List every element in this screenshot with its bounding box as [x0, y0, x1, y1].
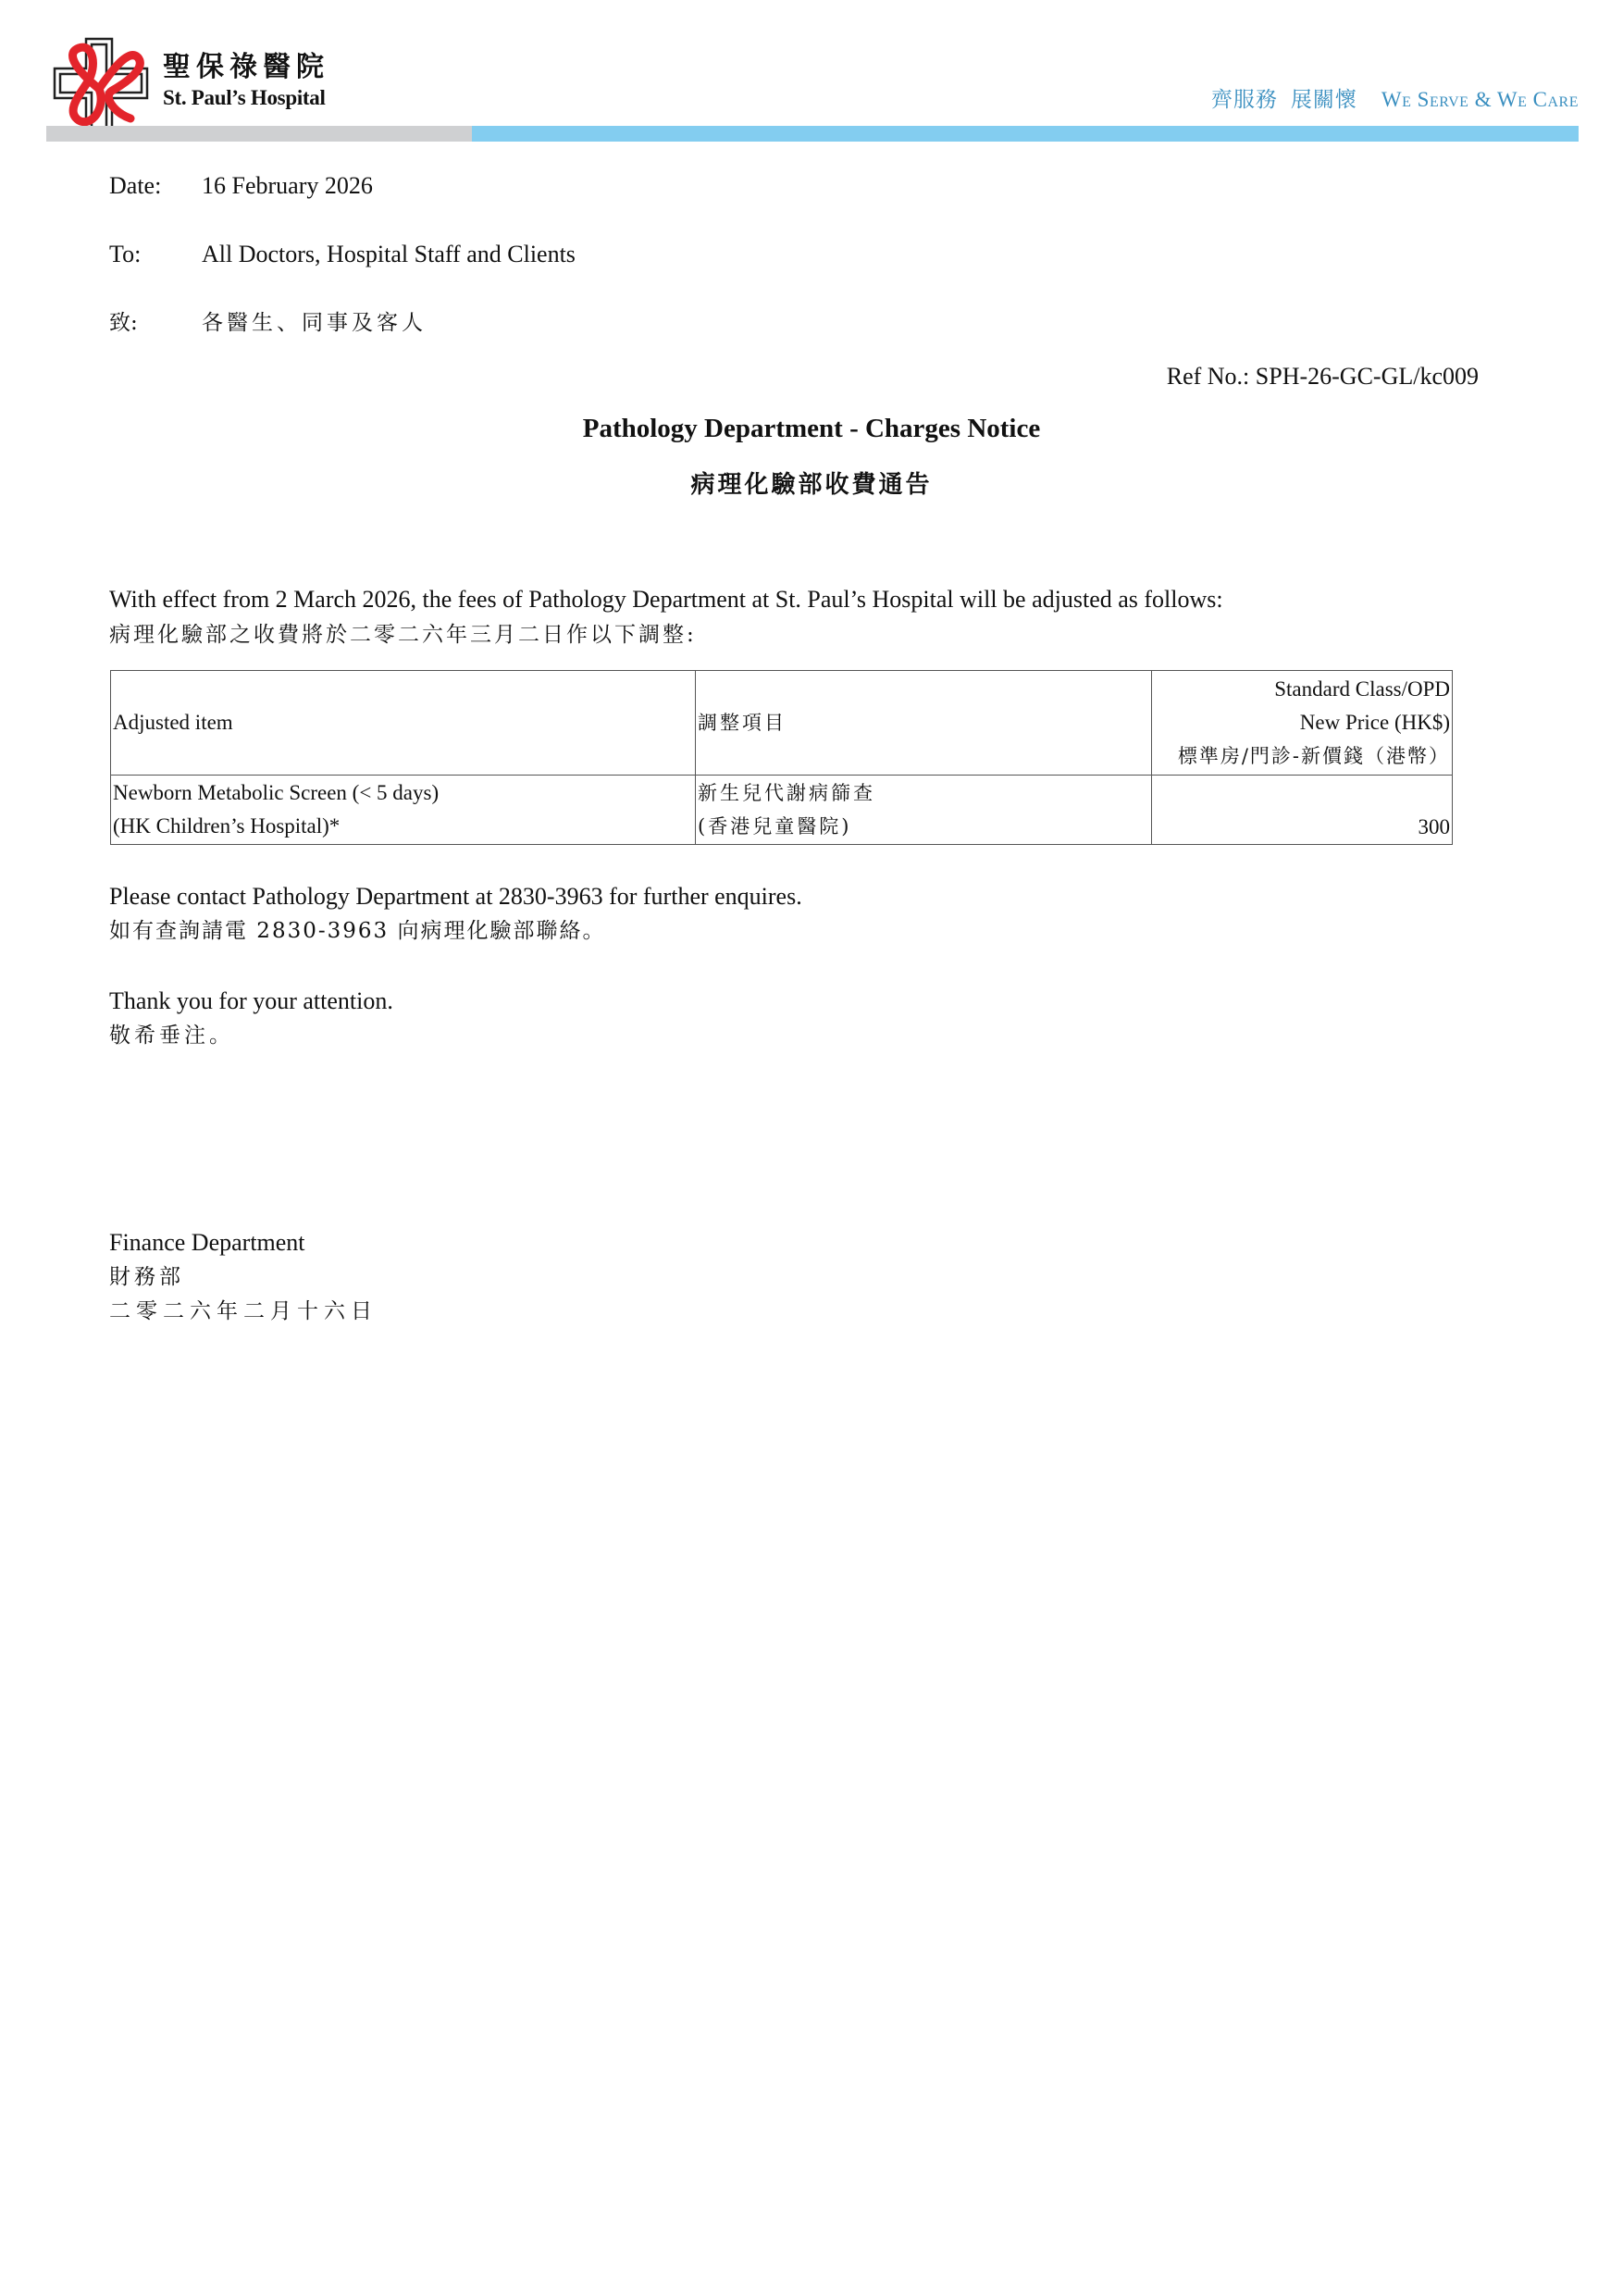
item-name-zh-line1: 新生兒代謝病篩查 [698, 776, 1149, 810]
item-name-en-line2: (HK Children’s Hospital)* [113, 810, 693, 843]
table-row: Newborn Metabolic Screen (< 5 days) (HK … [111, 776, 1453, 845]
tagline-zh-2: 展關懷 [1291, 88, 1357, 112]
to-label: To: [109, 241, 141, 268]
date-label: Date: [109, 172, 161, 200]
header-bar-gray [46, 126, 472, 142]
header-price-line1: Standard Class/OPD [1154, 673, 1450, 706]
contact-text-zh: 如有查詢請電 2830-3963 向病理化驗部聯絡。 [109, 917, 605, 945]
item-name-en-line1: Newborn Metabolic Screen (< 5 days) [113, 776, 693, 810]
tagline-en: We Serve & We Care [1381, 88, 1579, 111]
header-new-price: Standard Class/OPD New Price (HK$) 標準房/門… [1152, 671, 1453, 776]
header-adjusted-item-zh: 調整項目 [696, 671, 1152, 776]
item-name-en: Newborn Metabolic Screen (< 5 days) (HK … [111, 776, 696, 845]
item-name-zh-line2: (香港兒童醫院) [698, 810, 1149, 843]
header-bar-blue [472, 126, 1579, 142]
page-title-zh: 病理化驗部收費通告 [0, 465, 1623, 500]
date-value: 16 February 2026 [202, 172, 373, 200]
tagline: 齊服務展關懷We Serve & We Care [1211, 89, 1579, 111]
tagline-zh-1: 齊服務 [1211, 88, 1278, 112]
signature-dept-zh: 財務部 [109, 1263, 184, 1291]
item-name-zh: 新生兒代謝病篩查 (香港兒童醫院) [696, 776, 1152, 845]
contact-text-en: Please contact Pathology Department at 2… [109, 883, 802, 911]
reference-number: Ref No.: SPH-26-GC-GL/kc009 [1167, 363, 1479, 391]
fee-adjustment-table: Adjusted item 調整項目 Standard Class/OPD Ne… [110, 670, 1453, 845]
closing-text-en: Thank you for your attention. [109, 987, 393, 1015]
hospital-logo-icon [51, 35, 153, 139]
item-price: 300 [1152, 776, 1453, 845]
table-header-row: Adjusted item 調整項目 Standard Class/OPD Ne… [111, 671, 1453, 776]
header-price-line2: New Price (HK$) [1154, 706, 1450, 739]
header-adjusted-item: Adjusted item [111, 671, 696, 776]
header-price-line3: 標準房/門診-新價錢（港幣） [1154, 739, 1450, 773]
closing-text-zh: 敬希垂注。 [109, 1022, 234, 1049]
hospital-name-zh: 聖保祿醫院 [163, 54, 329, 81]
to-value: All Doctors, Hospital Staff and Clients [202, 241, 576, 268]
signature-date-zh: 二零二六年二月十六日 [109, 1297, 378, 1325]
intro-text-en: With effect from 2 March 2026, the fees … [109, 586, 1223, 614]
signature-dept-en: Finance Department [109, 1229, 305, 1257]
hospital-name-en: St. Paul’s Hospital [163, 87, 326, 108]
intro-text-zh: 病理化驗部之收費將於二零二六年三月二日作以下調整: [109, 621, 697, 649]
to-label-zh: 致: [109, 309, 138, 337]
to-value-zh: 各醫生、同事及客人 [202, 309, 427, 337]
page-title: Pathology Department - Charges Notice [0, 414, 1623, 444]
